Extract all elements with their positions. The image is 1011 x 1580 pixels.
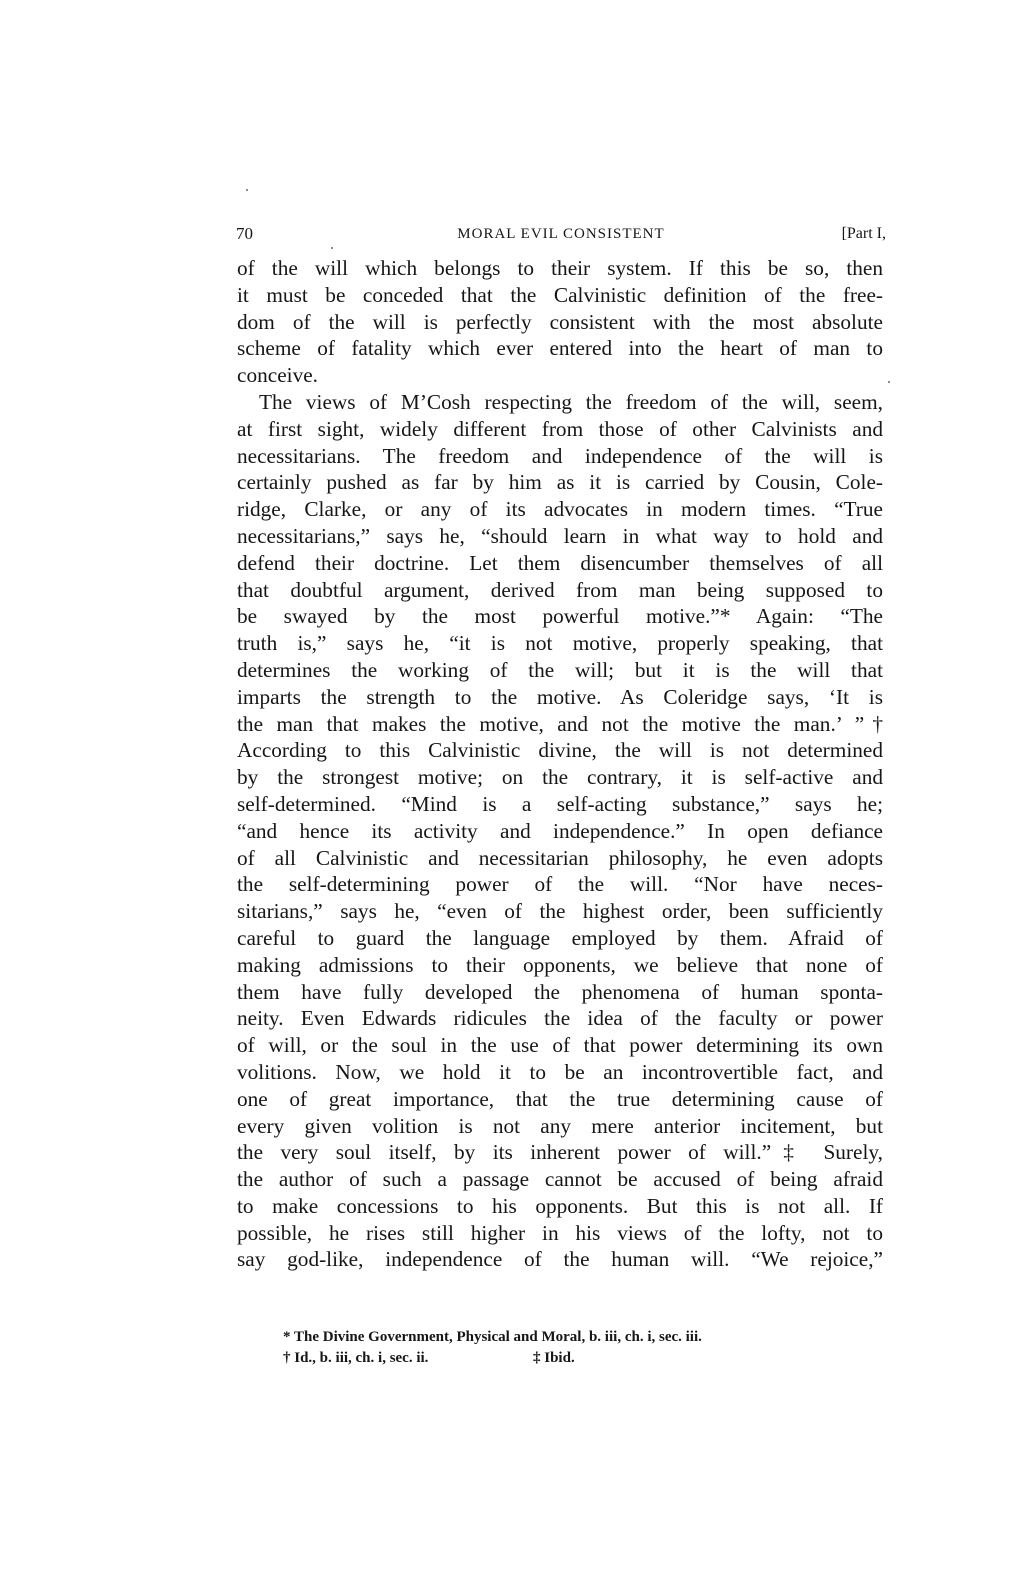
text-line: truth is,” says he, “it is not motive, p… xyxy=(237,630,883,657)
text-line: defend their doctrine. Let them disencum… xyxy=(237,550,883,577)
text-line: the self-determining power of the will. … xyxy=(237,871,883,898)
text-line: making admissions to their opponents, we… xyxy=(237,952,883,979)
text-line: one of great importance, that the true d… xyxy=(237,1086,883,1113)
text-line: it must be conceded that the Calvinistic… xyxy=(237,282,883,309)
footnote-2: † Id., b. iii, ch. i, sec. ii. xyxy=(283,1348,533,1369)
text-line: by the strongest motive; on the contrary… xyxy=(237,764,883,791)
text-line: the man that makes the motive, and not t… xyxy=(237,711,883,738)
scan-speck xyxy=(331,247,333,249)
running-head: 70 MORAL EVIL CONSISTENT [Part I, xyxy=(236,222,886,246)
text-line: determines the working of the will; but … xyxy=(237,657,883,684)
text-line: the author of such a passage cannot be a… xyxy=(237,1166,883,1193)
text-line: The views of M’Cosh respecting the freed… xyxy=(237,389,883,416)
text-line: every given volition is not any mere ant… xyxy=(237,1113,883,1140)
text-line: them have fully developed the phenomena … xyxy=(237,979,883,1006)
text-line: to make concessions to his opponents. Bu… xyxy=(237,1193,883,1220)
scan-speck xyxy=(246,189,248,191)
text-line: ridge, Clarke, or any of its advocates i… xyxy=(237,496,883,523)
running-title: MORAL EVIL CONSISTENT xyxy=(236,222,886,246)
text-line: According to this Calvinistic divine, th… xyxy=(237,737,883,764)
text-line: the very soul itself, by its inherent po… xyxy=(237,1139,883,1166)
footnotes: * The Divine Government, Physical and Mo… xyxy=(283,1327,843,1369)
footnote-3: ‡ Ibid. xyxy=(533,1348,575,1369)
scan-speck xyxy=(888,381,890,383)
footnote-row-2: † Id., b. iii, ch. i, sec. ii. ‡ Ibid. xyxy=(283,1348,843,1369)
text-line: sitarians,” says he, “even of the highes… xyxy=(237,898,883,925)
text-line: at first sight, widely different from th… xyxy=(237,416,883,443)
text-line: possible, he rises still higher in his v… xyxy=(237,1220,883,1247)
part-label: [Part I, xyxy=(842,222,886,246)
text-line: scheme of fatality which ever entered in… xyxy=(237,335,883,362)
text-line: careful to guard the language employed b… xyxy=(237,925,883,952)
body-text: of the will which belongs to their syste… xyxy=(237,255,883,1273)
text-line: dom of the will is perfectly consistent … xyxy=(237,309,883,336)
text-line: necessitarians,” says he, “should learn … xyxy=(237,523,883,550)
text-line: be swayed by the most powerful motive.”*… xyxy=(237,603,883,630)
text-line: “and hence its activity and independence… xyxy=(237,818,883,845)
book-page: 70 MORAL EVIL CONSISTENT [Part I, of the… xyxy=(0,0,1011,1580)
text-line: volitions. Now, we hold it to be an inco… xyxy=(237,1059,883,1086)
text-line: neity. Even Edwards ridicules the idea o… xyxy=(237,1005,883,1032)
text-line: certainly pushed as far by him as it is … xyxy=(237,469,883,496)
text-line: say god-like, independence of the human … xyxy=(237,1246,883,1273)
text-line: imparts the strength to the motive. As C… xyxy=(237,684,883,711)
text-line: of the will which belongs to their syste… xyxy=(237,255,883,282)
text-line: necessitarians. The freedom and independ… xyxy=(237,443,883,470)
text-line: self-determined. “Mind is a self-acting … xyxy=(237,791,883,818)
footnote-1: * The Divine Government, Physical and Mo… xyxy=(283,1327,843,1348)
text-line: that doubtful argument, derived from man… xyxy=(237,577,883,604)
text-line: of all Calvinistic and necessitarian phi… xyxy=(237,845,883,872)
text-line: conceive. xyxy=(237,362,883,389)
text-line: of will, or the soul in the use of that … xyxy=(237,1032,883,1059)
